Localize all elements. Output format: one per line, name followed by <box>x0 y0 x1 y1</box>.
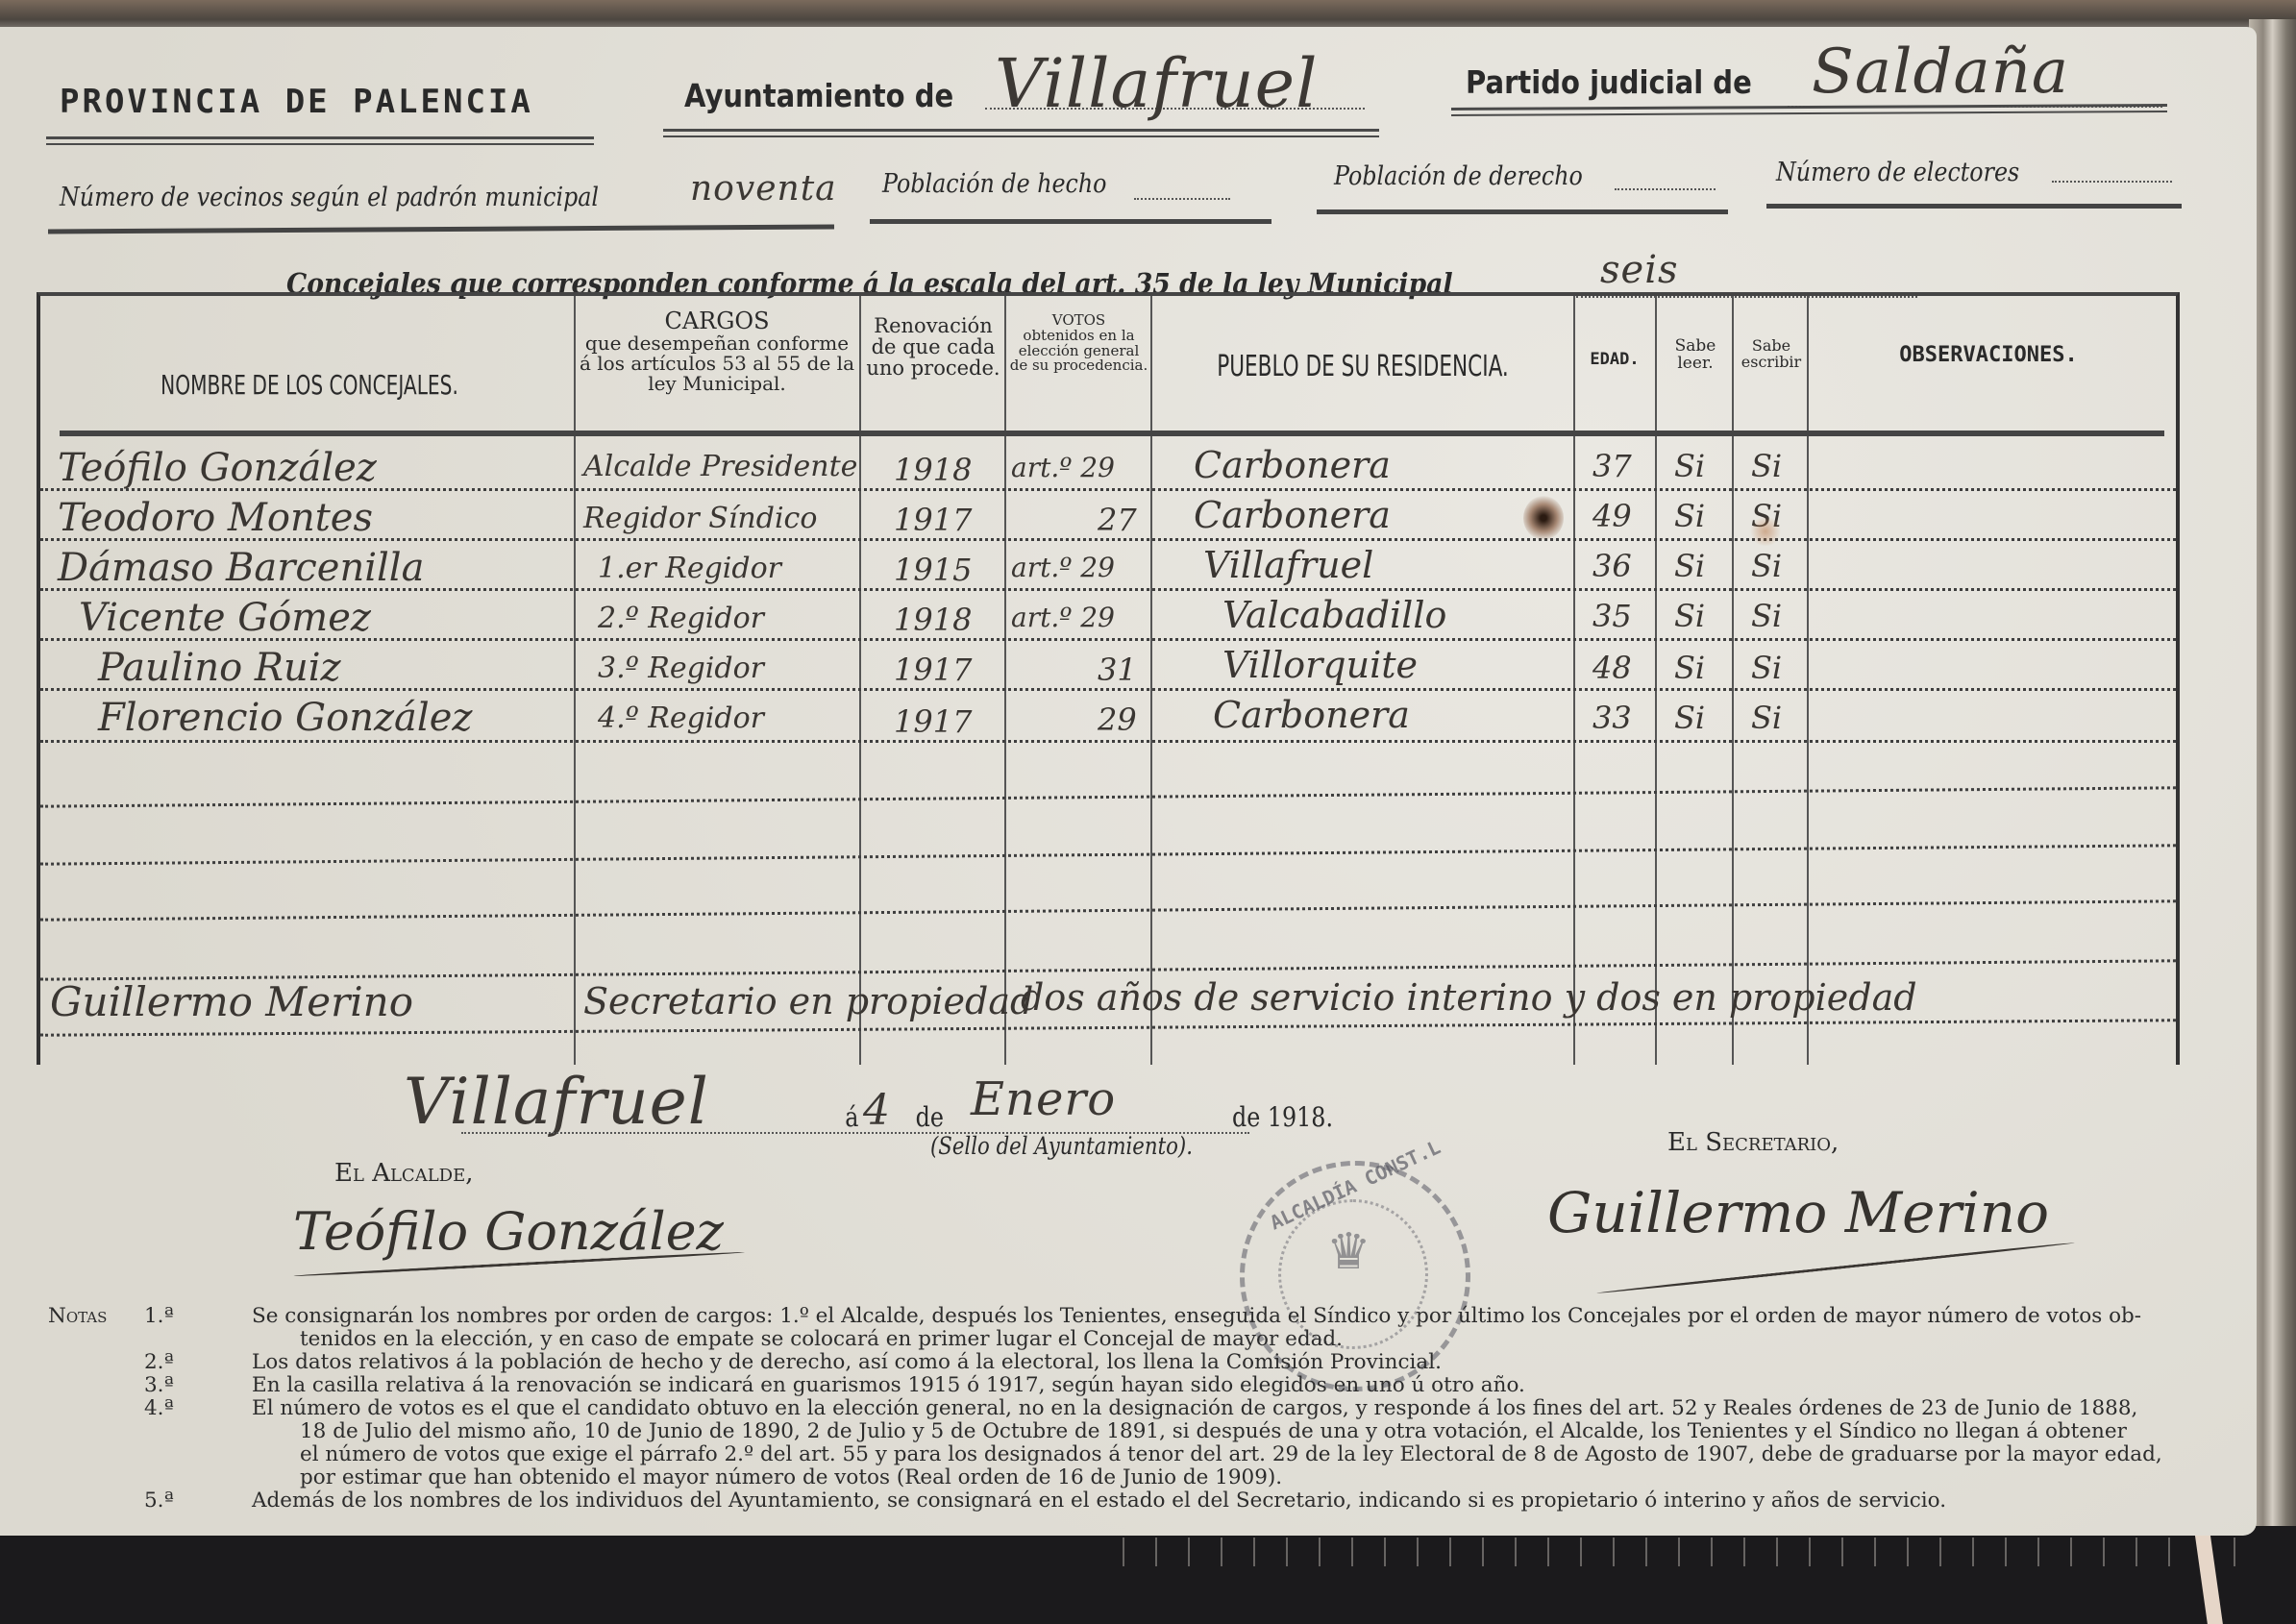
note-line: Se consignarán los nombres por orden de … <box>252 1305 2210 1328</box>
ink-stain <box>1749 517 1782 546</box>
note-number: 3.ª <box>144 1374 174 1397</box>
cell-sabe-escribir: Si <box>1751 650 1782 686</box>
header-votos: VOTOS obtenidos en la elección general d… <box>1009 313 1148 374</box>
book-cover-texture <box>1105 1538 2259 1566</box>
cell-cargo: Regidor Síndico <box>583 502 817 535</box>
notes-section: Notas 1.ª Se consignarán los nombres por… <box>48 1305 2210 1513</box>
cell-edad: 48 <box>1592 650 1632 686</box>
cell-pueblo: Carbonera <box>1194 444 1391 486</box>
cell-nombre: Teodoro Montes <box>58 496 373 540</box>
cell-pueblo: Carbonera <box>1194 494 1391 536</box>
cell-nombre: Teófilo González <box>58 446 377 490</box>
cell-cargo: 2.º Regidor <box>598 602 764 635</box>
note-line: tenidos en la elección, y en caso de emp… <box>252 1328 2210 1351</box>
divider <box>1766 204 2182 209</box>
note-line: En la casilla relativa á la renovación s… <box>252 1374 2210 1397</box>
cell-cargo: 1.er Regidor <box>598 552 781 585</box>
header-renovacion: Renovación de que cada uno procede. <box>865 315 1001 379</box>
poblacion-derecho-field <box>1615 186 1716 190</box>
cell-sabe-leer: Si <box>1674 700 1705 736</box>
province-title: PROVINCIA DE PALENCIA <box>60 83 533 121</box>
header-edad: EDAD. <box>1576 352 1653 369</box>
header-sabe-leer: Sabe leer. <box>1663 338 1728 373</box>
note-line: 18 de Julio del mismo año, 10 de Junio d… <box>252 1420 2210 1443</box>
ayuntamiento-value: Villafruel <box>995 44 1318 123</box>
partido-label: Partido judicial de <box>1466 63 1752 101</box>
poblacion-hecho-field <box>1134 196 1230 200</box>
divider <box>1317 209 1728 214</box>
note-item: 1.ª Se consignarán los nombres por orden… <box>48 1305 2210 1351</box>
header-votos-sub: obtenidos en la elección general de su p… <box>1009 329 1148 374</box>
date-year: de 1918. <box>1232 1101 1333 1133</box>
column-divider <box>1573 296 1575 1065</box>
cell-renovacion: 1918 <box>894 602 972 638</box>
row-rule <box>40 844 2176 865</box>
concejales-value: seis <box>1600 248 1679 292</box>
note-item: 2.ª Los datos relativos á la población d… <box>48 1351 2210 1374</box>
ink-stain <box>1523 496 1564 540</box>
header-pueblo: PUEBLO DE SU RESIDENCIA. <box>1197 352 1529 382</box>
header-cargos-sub: que desempeñan conforme á los artículos … <box>577 333 857 394</box>
note-number: 5.ª <box>144 1489 174 1513</box>
vecinos-label: Número de vecinos según el padrón munici… <box>60 183 599 212</box>
alcalde-label: El Alcalde, <box>334 1159 474 1188</box>
secretario-flourish <box>1596 1242 2075 1294</box>
cell-pueblo: Carbonera <box>1213 694 1410 736</box>
note-number: 2.ª <box>144 1351 174 1374</box>
column-divider <box>1732 296 1734 1065</box>
note-line: por estimar que han obtenido el mayor nú… <box>252 1466 2210 1489</box>
note-item: 5.ª Además de los nombres de los individ… <box>48 1489 2210 1513</box>
document-page: PROVINCIA DE PALENCIA Ayuntamiento de Vi… <box>0 27 2257 1536</box>
column-divider <box>1807 296 1809 1065</box>
cell-cargo: Alcalde Presidente <box>583 450 857 483</box>
cell-votos: art.º 29 <box>1011 602 1115 633</box>
date-a-label: á <box>845 1101 858 1133</box>
column-divider <box>1004 296 1006 1065</box>
cell-secretary-detalle: dos años de servicio interino y dos en p… <box>1021 976 1917 1019</box>
cell-cargo: 3.º Regidor <box>598 652 764 685</box>
note-item: 3.ª En la casilla relativa á la renovaci… <box>48 1374 2210 1397</box>
poblacion-hecho-label: Población de hecho <box>882 169 1106 199</box>
note-item: 4.ª El número de votos es el que el cand… <box>48 1397 2210 1489</box>
header-underline <box>60 431 2164 436</box>
cell-sabe-leer: Si <box>1674 448 1705 484</box>
cell-sabe-escribir: Si <box>1751 700 1782 736</box>
divider <box>46 136 594 145</box>
cell-sabe-leer: Si <box>1674 548 1705 584</box>
row-rule <box>40 899 2176 921</box>
cell-edad: 36 <box>1592 548 1632 584</box>
cell-nombre: Paulino Ruiz <box>98 646 341 690</box>
divider <box>663 129 1379 137</box>
row-rule <box>40 786 2176 807</box>
column-divider <box>1655 296 1657 1065</box>
date-place: Villafruel <box>404 1065 709 1139</box>
cell-sabe-leer: Si <box>1674 498 1705 534</box>
cell-renovacion: 1917 <box>894 703 972 740</box>
cell-sabe-escribir: Si <box>1751 448 1782 484</box>
cell-renovacion: 1918 <box>894 452 972 488</box>
ayuntamiento-label: Ayuntamiento de <box>684 77 953 114</box>
cell-pueblo: Villafruel <box>1203 544 1373 586</box>
cell-renovacion: 1917 <box>894 652 972 688</box>
cell-votos: 29 <box>1098 701 1137 738</box>
note-line: Los datos relativos á la población de he… <box>252 1351 2210 1374</box>
column-divider <box>1150 296 1152 1065</box>
cell-sabe-escribir: Si <box>1751 548 1782 584</box>
note-line: El número de votos es el que el candidat… <box>252 1397 2210 1420</box>
cell-nombre: Dámaso Barcenilla <box>58 546 424 590</box>
cell-votos: art.º 29 <box>1011 552 1115 583</box>
date-month: Enero <box>971 1072 1116 1126</box>
cell-pueblo: Valcabadillo <box>1222 594 1446 636</box>
cell-votos: art.º 29 <box>1011 452 1115 483</box>
vecinos-value: noventa <box>690 169 837 209</box>
header-nombre: NOMBRE DE LOS CONCEJALES. <box>110 371 509 399</box>
cell-sabe-leer: Si <box>1674 598 1705 634</box>
concejales-table: NOMBRE DE LOS CONCEJALES. CARGOS que des… <box>37 292 2180 1065</box>
cell-edad: 33 <box>1592 700 1632 736</box>
secretario-label: El Secretario, <box>1667 1128 1839 1157</box>
note-number: 1.ª <box>144 1305 174 1328</box>
sello-label: (Sello del Ayuntamiento). <box>930 1132 1193 1160</box>
cell-edad: 37 <box>1592 448 1632 484</box>
header-sabe-escribir: Sabe escribir <box>1737 338 1806 371</box>
cell-cargo: 4.º Regidor <box>598 701 764 735</box>
note-number: 4.ª <box>144 1397 174 1420</box>
electores-field <box>2052 179 2172 183</box>
cell-renovacion: 1915 <box>894 552 972 588</box>
cell-sabe-leer: Si <box>1674 650 1705 686</box>
poblacion-derecho-label: Población de derecho <box>1334 161 1583 191</box>
cell-renovacion: 1917 <box>894 502 972 538</box>
divider <box>870 219 1271 224</box>
cell-votos: 27 <box>1098 502 1137 538</box>
date-day: 4 <box>863 1086 891 1135</box>
column-divider <box>574 296 576 1065</box>
divider <box>1451 104 2167 116</box>
cell-pueblo: Villorquite <box>1222 644 1418 686</box>
column-divider <box>859 296 861 1065</box>
secretario-signature: Guillermo Merino <box>1547 1180 2049 1245</box>
date-de-label: de <box>916 1101 944 1133</box>
cell-votos: 31 <box>1098 652 1137 688</box>
row-rule <box>40 740 2176 743</box>
row-rule <box>40 688 2176 691</box>
cell-nombre: Vicente Gómez <box>79 596 371 640</box>
partido-value: Saldaña <box>1812 37 2069 108</box>
cell-secretary-nombre: Guillermo Merino <box>50 978 413 1025</box>
crown-icon: ♛ <box>1326 1223 1371 1281</box>
alcalde-signature: Teófilo González <box>293 1201 724 1262</box>
cell-nombre: Florencio González <box>98 696 472 740</box>
cell-edad: 35 <box>1592 598 1632 634</box>
cell-secretary-cargo: Secretario en propiedad <box>583 980 1033 1022</box>
divider <box>48 225 834 234</box>
cell-sabe-escribir: Si <box>1751 598 1782 634</box>
electores-label: Número de electores <box>1776 158 2019 187</box>
header-cargos-title: CARGOS <box>577 309 857 333</box>
header-cargos: CARGOS que desempeñan conforme á los art… <box>577 309 857 394</box>
header-observaciones: OBSERVACIONES. <box>1811 344 2166 366</box>
cell-edad: 49 <box>1592 498 1632 534</box>
note-line: Además de los nombres de los individuos … <box>252 1489 2210 1513</box>
note-line: el número de votos que exige el párrafo … <box>252 1443 2210 1466</box>
